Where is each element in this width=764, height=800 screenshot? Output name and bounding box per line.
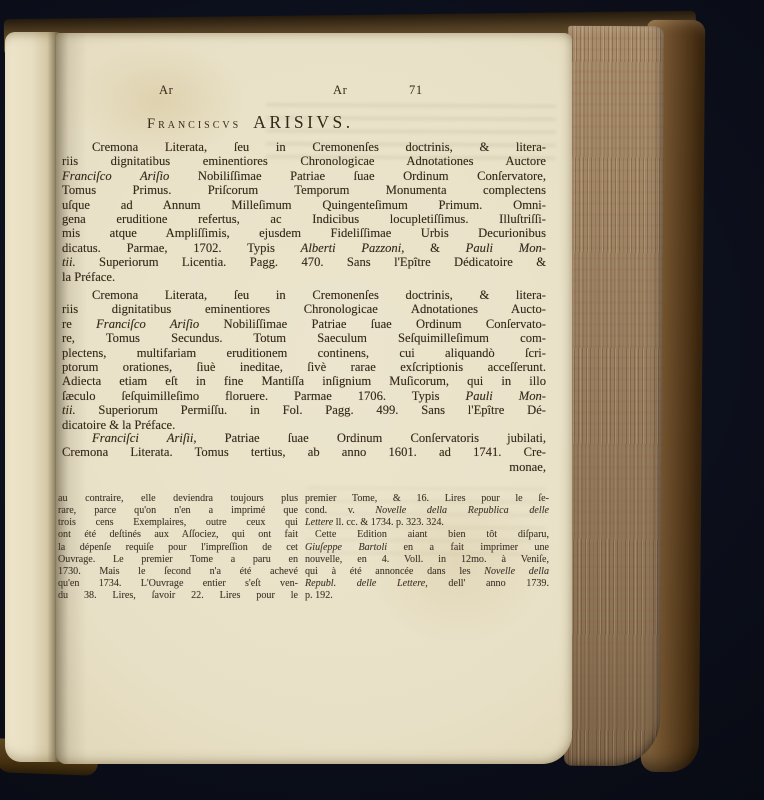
- entry-title-forename: Franciscvs: [147, 116, 241, 132]
- text-segment: Tomus Primus. Priſcorum Temporum Monumen…: [62, 183, 546, 197]
- text-segment: premier Tome, & 16. Lires pour le ſe-: [305, 493, 549, 504]
- text-line: Cremona Literata. Tomus tertius, ab anno…: [62, 445, 546, 459]
- text-line: Ouvrage. Le premier Tome a paru en: [58, 554, 298, 566]
- text-line: Cremona Literata, ſeu in Cremonenſes doc…: [62, 288, 546, 302]
- text-line: uſque ad Annum Milleſimum Quingenteſimum…: [62, 198, 546, 212]
- text-segment: qui à été annoncée dans les: [305, 566, 484, 577]
- italic-text-segment: Lettere: [305, 517, 333, 528]
- text-segment: 1730. Mais le ſecond n'a été achevé: [58, 566, 298, 577]
- running-head-center-mark: Ar: [333, 83, 347, 98]
- text-segment: trois cens Exemplaires, outre ceux qui: [58, 517, 298, 528]
- text-line: dicatus. Parmae, 1702. Typis Alberti Paz…: [62, 241, 546, 255]
- italic-text-segment: Novelle della Republica delle: [375, 505, 549, 516]
- italic-text-segment: Alberti Pazzoni: [301, 241, 402, 255]
- text-line: riis dignitatibus eminentiores Chronolog…: [62, 154, 546, 168]
- text-segment: ptorum orationes, ſiuè ineditae, ſivè ra…: [62, 360, 546, 374]
- footnote-column-right: premier Tome, & 16. Lires pour le ſe-con…: [305, 493, 549, 602]
- text-segment: dicatoire & la Préface.: [62, 418, 175, 432]
- text-segment: qu'en 1734. L'Ouvrage entier s'eſt ven-: [58, 578, 298, 589]
- text-segment: gena eruditione refertus, ac Indicibus l…: [62, 212, 546, 226]
- text-segment: Adiecta etiam eſt in fine Mantiſſa inſig…: [62, 374, 546, 388]
- text-line: Adiecta etiam eſt in fine Mantiſſa inſig…: [62, 374, 546, 388]
- text-line: du 38. Lires, ſavoir 22. Lires pour le: [58, 590, 298, 602]
- text-line: Cremona Literata, ſeu in Cremonenſes doc…: [62, 140, 546, 154]
- book-page-fore-edge-block: [564, 26, 664, 766]
- text-segment: dell' anno 1739.: [428, 578, 549, 589]
- text-segment: p. 192.: [305, 590, 333, 601]
- text-segment: re, Tomus Secundus. Totum Saeculum Seſqu…: [62, 331, 546, 345]
- text-line: ſæculo ſeſquimilleſimo floruere. Parmae …: [62, 389, 546, 403]
- text-line: qu'en 1734. L'Ouvrage entier s'eſt ven-: [58, 578, 298, 590]
- italic-text-segment: tii.: [62, 403, 76, 417]
- text-line: cond. v. Novelle della Republica delle: [305, 505, 549, 517]
- italic-text-segment: Franciſco Ariſio: [96, 317, 199, 331]
- text-line: Republ. delle Lettere, dell' anno 1739.: [305, 578, 549, 590]
- italic-text-segment: tii.: [62, 255, 76, 269]
- italic-text-segment: Pauli Mon-: [466, 241, 546, 255]
- text-segment: en a fait imprimer une: [387, 542, 549, 553]
- text-line: trois cens Exemplaires, outre ceux qui: [58, 517, 298, 529]
- text-line: re Franciſco Ariſio Nobiliſſimae Patriae…: [62, 317, 546, 331]
- italic-text-segment: Franciſco Ariſio: [62, 169, 169, 183]
- text-line: 1730. Mais le ſecond n'a été achevé: [58, 566, 298, 578]
- italic-text-segment: Novelle della: [484, 566, 549, 577]
- text-segment: , &: [401, 241, 465, 255]
- text-line: la Préface.: [62, 270, 546, 284]
- text-line: tii. Superiorum Licentia. Pagg. 470. San…: [62, 255, 546, 269]
- text-line: plectens, multifariam eruditionem contin…: [62, 346, 546, 360]
- page-number: 71: [409, 83, 423, 98]
- text-line: ptorum orationes, ſiuè ineditae, ſivè ra…: [62, 360, 546, 374]
- text-segment: re: [62, 317, 96, 331]
- text-line: Lettere ll. cc. & 1734. p. 323. 324.: [305, 517, 549, 529]
- text-segment: Superiorum Licentia. Pagg. 470. Sans l'E…: [76, 255, 546, 269]
- text-segment: Nobiliſſimae Patriae ſuae Ordinum Conſer…: [199, 317, 546, 331]
- text-segment: du 38. Lires, ſavoir 22. Lires pour le: [58, 590, 298, 601]
- text-segment: cond. v.: [305, 505, 375, 516]
- entry-title-surname: ARISIVS.: [253, 112, 353, 132]
- text-segment: nouvelle, en 4. Voll. in 12mo. à Veniſe,: [305, 554, 549, 565]
- text-segment: monae,: [509, 460, 546, 474]
- text-line: rare, parce qu'on n'en a imprimé que: [58, 505, 298, 517]
- text-segment: Cremona Literata. Tomus tertius, ab anno…: [62, 445, 546, 459]
- text-line: ont été deſtinés aux Aſſociez, qui ont f…: [58, 529, 298, 541]
- text-line: premier Tome, & 16. Lires pour le ſe-: [305, 493, 549, 505]
- text-segment: mis atque Ampliſſimis, ejusdem Fideliſſi…: [62, 226, 546, 240]
- text-segment: Nobiliſſimae Patriae ſuae Ordinum Conſer…: [169, 169, 546, 183]
- text-line: monae,: [62, 460, 546, 474]
- text-segment: , Patriae ſuae Ordinum Conſervatoris jub…: [193, 431, 546, 445]
- text-line: Franciſco Ariſio Nobiliſſimae Patriae ſu…: [62, 169, 546, 183]
- paragraph-3: Franciſci Ariſii, Patriae ſuae Ordinum C…: [62, 431, 546, 474]
- text-segment: la Préface.: [62, 270, 115, 284]
- text-line: qui à été annoncée dans les Novelle dell…: [305, 566, 549, 578]
- photo-background: Ar Ar 71 FranciscvsARISIVS. Cremona Lite…: [0, 0, 764, 800]
- text-segment: dicatus. Parmae, 1702. Typis: [62, 241, 301, 255]
- text-line: Franciſci Ariſii, Patriae ſuae Ordinum C…: [62, 431, 546, 445]
- text-segment: ll. cc. & 1734. p. 323. 324.: [333, 517, 444, 528]
- entry-title: FranciscvsARISIVS.: [147, 112, 354, 133]
- text-line: gena eruditione refertus, ac Indicibus l…: [62, 212, 546, 226]
- text-line: Cette Edition aiant bien tôt diſparu,: [305, 529, 549, 541]
- paragraph-2: Cremona Literata, ſeu in Cremonenſes doc…: [62, 288, 546, 432]
- text-segment: riis dignitatibus eminentiores Chronolog…: [62, 302, 546, 316]
- text-segment: riis dignitatibus eminentiores Chronolog…: [62, 154, 546, 168]
- italic-text-segment: Franciſci Ariſii: [92, 431, 193, 445]
- book-page: Ar Ar 71 FranciscvsARISIVS. Cremona Lite…: [56, 33, 572, 764]
- text-segment: ſæculo ſeſquimilleſimo floruere. Parmae …: [62, 389, 466, 403]
- text-line: riis dignitatibus eminentiores Chronolog…: [62, 302, 546, 316]
- text-line: Giuſeppe Bartoli en a fait imprimer une: [305, 542, 549, 554]
- italic-text-segment: Giuſeppe Bartoli: [305, 542, 387, 553]
- text-segment: Cette Edition aiant bien tôt diſparu,: [315, 529, 549, 540]
- paragraph-1: Cremona Literata, ſeu in Cremonenſes doc…: [62, 140, 546, 284]
- text-line: Tomus Primus. Priſcorum Temporum Monumen…: [62, 183, 546, 197]
- text-segment: au contraire, elle deviendra toujours pl…: [58, 493, 298, 504]
- facing-page-sliver: [5, 32, 59, 762]
- text-line: dicatoire & la Préface.: [62, 418, 546, 432]
- text-line: nouvelle, en 4. Voll. in 12mo. à Veniſe,: [305, 554, 549, 566]
- text-line: p. 192.: [305, 590, 549, 602]
- text-segment: Cremona Literata, ſeu in Cremonenſes doc…: [92, 140, 546, 154]
- text-segment: ont été deſtinés aux Aſſociez, qui ont f…: [58, 529, 298, 540]
- italic-text-segment: Republ. delle Lettere,: [305, 578, 428, 589]
- text-segment: uſque ad Annum Milleſimum Quingenteſimum…: [62, 198, 546, 212]
- text-segment: Cremona Literata, ſeu in Cremonenſes doc…: [92, 288, 546, 302]
- text-segment: la dépenſe requiſe pour l'impreſſion de …: [58, 542, 298, 553]
- text-line: la dépenſe requiſe pour l'impreſſion de …: [58, 542, 298, 554]
- running-head-left-mark: Ar: [159, 83, 173, 98]
- text-segment: Superiorum Permiſſu. in Fol. Pagg. 499. …: [76, 403, 546, 417]
- text-segment: plectens, multifariam eruditionem contin…: [62, 346, 546, 360]
- text-line: re, Tomus Secundus. Totum Saeculum Seſqu…: [62, 331, 546, 345]
- text-line: au contraire, elle deviendra toujours pl…: [58, 493, 298, 505]
- text-line: mis atque Ampliſſimis, ejusdem Fideliſſi…: [62, 226, 546, 240]
- footnote-column-left: au contraire, elle deviendra toujours pl…: [58, 493, 298, 602]
- text-segment: rare, parce qu'on n'en a imprimé que: [58, 505, 298, 516]
- text-segment: Ouvrage. Le premier Tome a paru en: [58, 554, 298, 565]
- italic-text-segment: Pauli Mon-: [466, 389, 547, 403]
- text-line: tii. Superiorum Permiſſu. in Fol. Pagg. …: [62, 403, 546, 417]
